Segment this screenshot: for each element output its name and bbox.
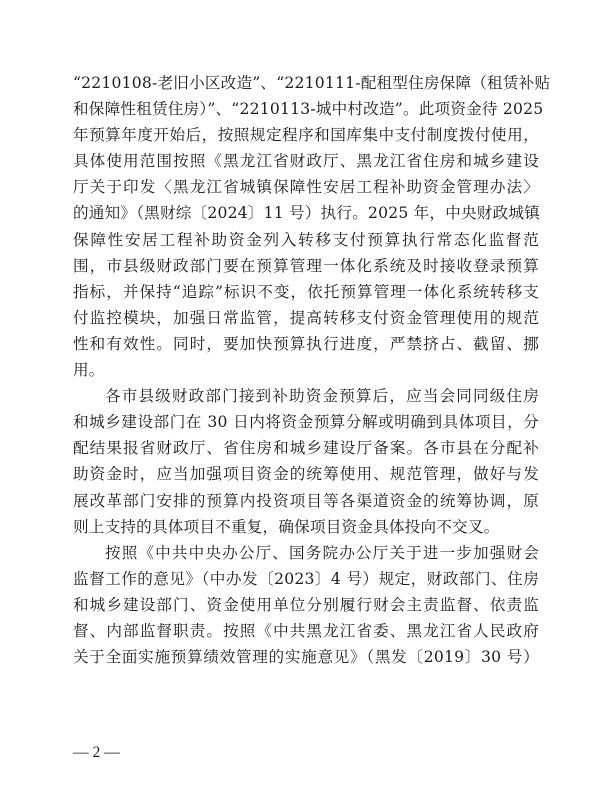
- document-body: “2210108-老旧小区改造”、“2210111-配租型住房保障（租赁补贴 和…: [73, 70, 539, 670]
- text-line: 和保障性租赁住房）”、“2210113-城中村改造”。此项资金待 2025: [73, 96, 539, 122]
- text-line: 督、内部监督职责。按照《中共黑龙江省委、黑龙江省人民政府: [73, 618, 539, 644]
- text-line: 围，市县级财政部门要在预算管理一体化系统及时接收登录预算: [73, 253, 539, 279]
- text-line: 保障性安居工程补助资金列入转移支付预算执行常态化监督范: [73, 227, 539, 253]
- text-line: 厅关于印发〈黑龙江省城镇保障性安居工程补助资金管理办法〉: [73, 174, 539, 200]
- text-line: 和城乡建设部门、资金使用单位分别履行财会主责监督、依责监: [73, 592, 539, 618]
- text-line: 监督工作的意见》（中办发〔2023〕4 号）规定，财政部门、住房: [73, 566, 539, 592]
- page-number: — 2 —: [73, 742, 120, 764]
- text-line: 年预算年度开始后，按照规定程序和国库集中支付制度拨付使用，: [73, 122, 539, 148]
- text-line: 展改革部门安排的预算内投资项目等各渠道资金的统筹协调，原: [73, 488, 539, 514]
- text-line: “2210108-老旧小区改造”、“2210111-配租型住房保障（租赁补贴: [73, 70, 539, 96]
- paragraph-3: 按照《中共中央办公厅、国务院办公厅关于进一步加强财会 监督工作的意见》（中办发〔…: [73, 540, 539, 670]
- text-line: 指标，并保持“追踪”标识不变，依托预算管理一体化系统转移支: [73, 279, 539, 305]
- paragraph-2: 各市县级财政部门接到补助资金预算后，应当会同同级住房 和城乡建设部门在 30 日…: [73, 383, 539, 540]
- text-line: 按照《中共中央办公厅、国务院办公厅关于进一步加强财会: [73, 540, 539, 566]
- text-line: 关于全面实施预算绩效管理的实施意见》（黑发〔2019〕30 号）: [73, 644, 539, 670]
- text-line: 配结果报省财政厅、省住房和城乡建设厅备案。各市县在分配补: [73, 435, 539, 461]
- text-line: 和城乡建设部门在 30 日内将资金预算分解或明确到具体项目，分: [73, 409, 539, 435]
- text-line: 具体使用范围按照《黑龙江省财政厅、黑龙江省住房和城乡建设: [73, 148, 539, 174]
- document-page: “2210108-老旧小区改造”、“2210111-配租型住房保障（租赁补贴 和…: [0, 0, 614, 812]
- text-line: 用。: [73, 357, 539, 383]
- paragraph-1: “2210108-老旧小区改造”、“2210111-配租型住房保障（租赁补贴 和…: [73, 70, 539, 383]
- text-line: 各市县级财政部门接到补助资金预算后，应当会同同级住房: [73, 383, 539, 409]
- text-line: 的通知》（黑财综〔2024〕11 号）执行。2025 年，中央财政城镇: [73, 200, 539, 226]
- text-line: 付监控模块，加强日常监管，提高转移支付资金管理使用的规范: [73, 305, 539, 331]
- text-line: 助资金时，应当加强项目资金的统筹使用、规范管理，做好与发: [73, 461, 539, 487]
- text-line: 性和有效性。同时，要加快预算执行进度，严禁挤占、截留、挪: [73, 331, 539, 357]
- text-line: 则上支持的具体项目不重复，确保项目资金具体投向不交叉。: [73, 514, 539, 540]
